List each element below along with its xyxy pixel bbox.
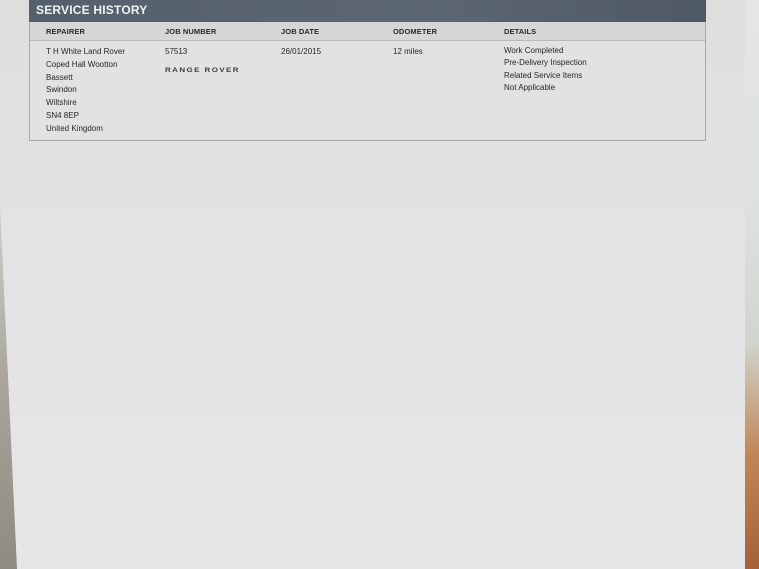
- brand-logo-text: RANGE ROVER: [165, 65, 240, 76]
- repairer-address: T H White Land Rover Coped Hall Wootton …: [46, 46, 125, 136]
- repairer-name: T H White Land Rover: [46, 46, 125, 59]
- section-title: SERVICE HISTORY: [29, 0, 706, 22]
- job-number: 57513: [165, 46, 240, 59]
- service-history-table: REPAIRER JOB NUMBER JOB DATE ODOMETER DE…: [29, 22, 706, 141]
- repairer-county: Wiltshire: [46, 97, 125, 110]
- details-cell: Work Completed Pre-Delivery Inspection R…: [504, 45, 587, 95]
- details-service-type: Pre-Delivery Inspection: [504, 57, 587, 69]
- repairer-country: United Kingdom: [46, 123, 125, 136]
- header-repairer: REPAIRER: [46, 27, 85, 36]
- repairer-town: Swindon: [46, 84, 125, 97]
- header-job-number: JOB NUMBER: [165, 27, 216, 36]
- service-history-section: SERVICE HISTORY REPAIRER JOB NUMBER JOB …: [29, 0, 706, 141]
- repairer-address-line: Coped Hall Wootton: [46, 59, 125, 72]
- table-header-row: REPAIRER JOB NUMBER JOB DATE ODOMETER DE…: [30, 22, 705, 41]
- job-date: 26/01/2015: [281, 46, 321, 59]
- repairer-address-line: Bassett: [46, 72, 125, 85]
- header-job-date: JOB DATE: [281, 27, 319, 36]
- header-odometer: ODOMETER: [393, 27, 437, 36]
- details-status: Work Completed: [504, 45, 587, 57]
- repairer-postcode: SN4 8EP: [46, 110, 125, 123]
- job-number-cell: 57513 RANGE ROVER: [165, 46, 240, 78]
- details-related-label: Related Service Items: [504, 70, 587, 82]
- header-details: DETAILS: [504, 27, 536, 36]
- odometer-reading: 12 miles: [393, 46, 423, 59]
- details-related-value: Not Applicable: [504, 82, 587, 94]
- printed-page: SERVICE HISTORY REPAIRER JOB NUMBER JOB …: [0, 0, 745, 569]
- table-row: T H White Land Rover Coped Hall Wootton …: [30, 41, 705, 140]
